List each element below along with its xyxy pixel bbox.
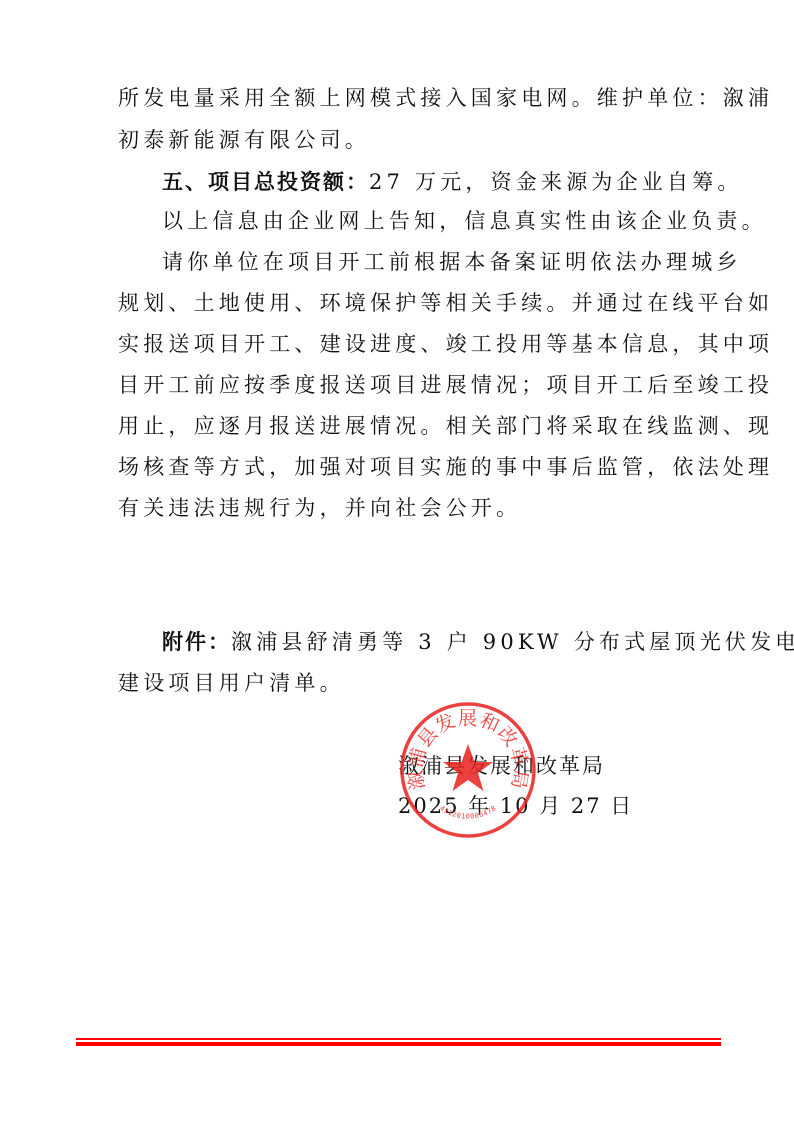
attachment-label: 附件： — [162, 630, 231, 654]
investment-text: 27 万元，资金来源为企业自筹。 — [369, 170, 743, 194]
official-seal-icon: 溆浦县发展和改革局 4312010006478 — [398, 700, 538, 840]
body-line: 建设项目用户清单。 — [118, 669, 345, 697]
body-line: 请你单位在项目开工前根据本备案证明依法办理城乡 — [162, 248, 742, 276]
body-line: 用止，应逐月报送进展情况。相关部门将采取在线监测、现 — [118, 412, 773, 440]
attachment-line: 附件：溆浦县舒清勇等 3 户 90KW 分布式屋顶光伏发电 — [162, 628, 794, 656]
body-line: 有关违法违规行为，并向社会公开。 — [118, 494, 521, 522]
body-line: 所发电量采用全额上网模式接入国家电网。维护单位：溆浦 — [118, 84, 773, 112]
seal-code: 4312010006478 — [438, 804, 498, 820]
attachment-text: 溆浦县舒清勇等 3 户 90KW 分布式屋顶光伏发电 — [231, 630, 794, 654]
investment-heading: 五、项目总投资额： — [162, 170, 369, 194]
body-line: 目开工前应按季度报送项目进展情况；项目开工后至竣工投 — [118, 371, 773, 399]
body-line: 规划、土地使用、环境保护等相关手续。并通过在线平台如 — [118, 289, 773, 317]
investment-paragraph: 五、项目总投资额：27 万元，资金来源为企业自筹。 — [162, 168, 743, 196]
body-line: 初泰新能源有限公司。 — [118, 126, 370, 154]
body-line: 以上信息由企业网上告知，信息真实性由该企业负责。 — [162, 207, 767, 235]
footer-rule-thick — [76, 1042, 721, 1046]
svg-text:4312010006478: 4312010006478 — [438, 804, 498, 820]
body-line: 实报送项目开工、建设进度、竣工投用等基本信息，其中项 — [118, 330, 773, 358]
footer-rule-thin — [76, 1038, 721, 1040]
body-line: 场核查等方式，加强对项目实施的事中事后监管，依法处理 — [118, 453, 773, 481]
